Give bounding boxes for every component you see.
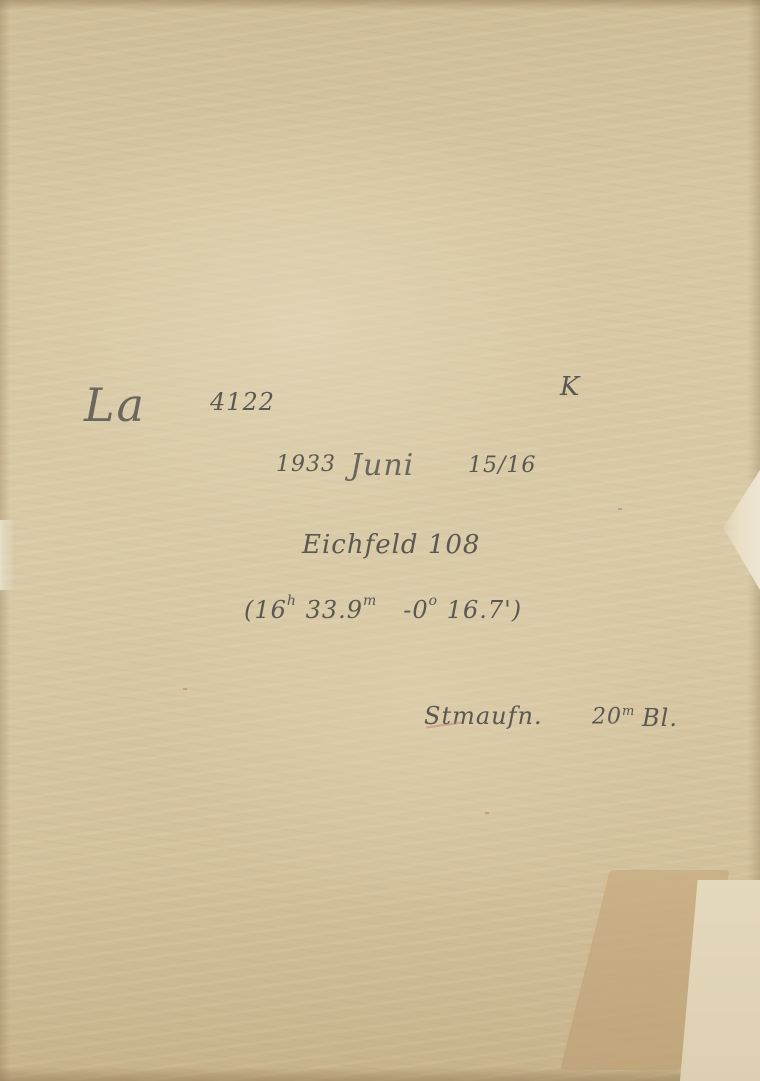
dec-minutes-unit: ' bbox=[504, 596, 512, 624]
envelope-flap-right bbox=[714, 470, 760, 590]
exposure-time-unit: m bbox=[622, 704, 635, 719]
paper-edge-top bbox=[0, 0, 760, 10]
exposure-time: 20m bbox=[592, 704, 635, 729]
ink-speck bbox=[618, 508, 622, 510]
coordinates: (16h 33.9m -0o 16.7') bbox=[244, 596, 522, 624]
coord-close-paren: ) bbox=[512, 596, 522, 624]
ink-speck bbox=[183, 688, 187, 690]
dec-minutes: 16.7 bbox=[447, 596, 504, 624]
plate-identifier: Eichfeld 108 bbox=[302, 530, 480, 560]
observer-initials: Bl. bbox=[642, 704, 678, 732]
envelope-scan: La 4122 K 1933 Juni 15/16 Eichfeld 108 (… bbox=[0, 0, 760, 1081]
date-year: 1933 bbox=[276, 452, 336, 477]
ra-minutes-unit: m bbox=[363, 593, 377, 609]
ink-speck bbox=[485, 812, 489, 814]
catalog-number: 4122 bbox=[210, 388, 275, 416]
marker-letter: K bbox=[560, 372, 580, 402]
date-month: Juni bbox=[350, 448, 414, 483]
dec-degrees-unit: o bbox=[429, 593, 438, 609]
exposure-time-value: 20 bbox=[592, 704, 622, 729]
catalog-prefix: La bbox=[84, 378, 146, 432]
ra-hours: 16 bbox=[254, 596, 287, 624]
ra-minutes: 33.9 bbox=[306, 596, 363, 624]
envelope-flap-left bbox=[0, 520, 14, 590]
date-days: 15/16 bbox=[468, 453, 536, 478]
coord-open-paren: ( bbox=[244, 596, 254, 624]
ra-hours-unit: h bbox=[287, 593, 297, 609]
dec-degrees: -0 bbox=[403, 596, 428, 624]
